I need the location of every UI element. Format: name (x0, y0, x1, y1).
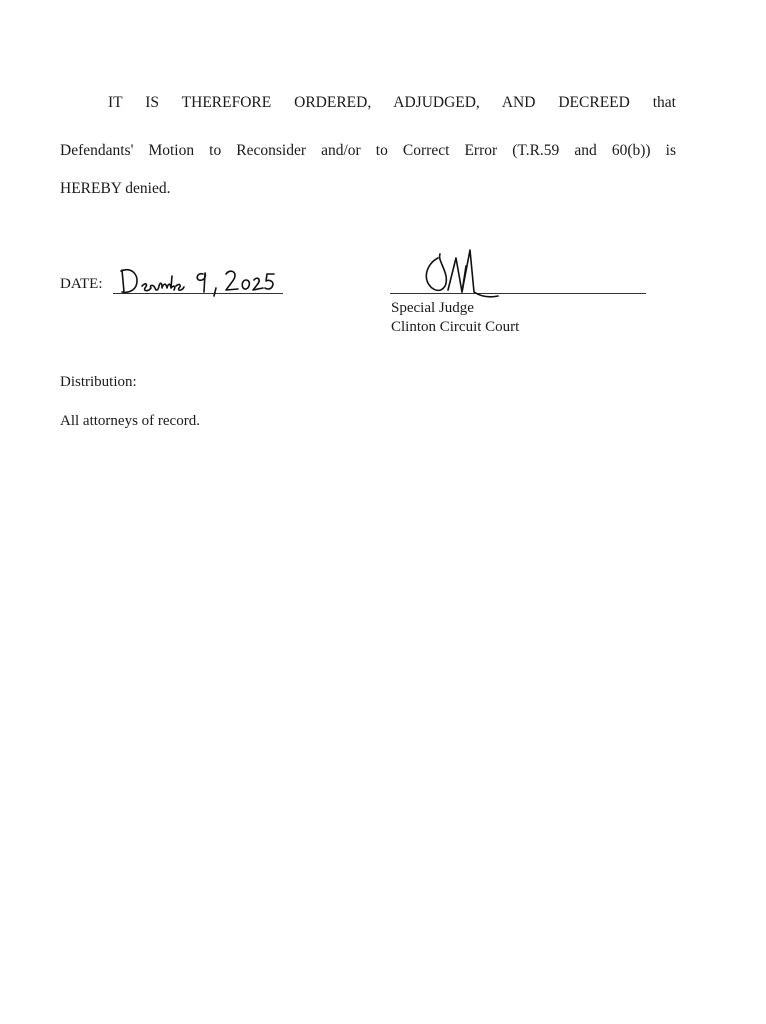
distribution-heading: Distribution: (60, 374, 137, 391)
distribution-recipients: All attorneys of record. (60, 413, 200, 430)
judge-signature (418, 246, 528, 306)
signature-block: Special Judge Clinton Circuit Court (391, 299, 519, 337)
order-text-line-1: IT IS THEREFORE ORDERED, ADJUDGED, AND D… (60, 94, 676, 112)
document-page: IT IS THEREFORE ORDERED, ADJUDGED, AND D… (0, 0, 766, 1024)
court-name: Clinton Circuit Court (391, 318, 519, 337)
handwritten-date: December 9, 2025 (118, 258, 288, 298)
date-label: DATE: (60, 276, 103, 293)
order-text-line-2: Defendants' Motion to Reconsider and/or … (60, 142, 676, 160)
signer-title: Special Judge (391, 299, 519, 318)
order-text-line-3: HEREBY denied. (60, 180, 171, 198)
